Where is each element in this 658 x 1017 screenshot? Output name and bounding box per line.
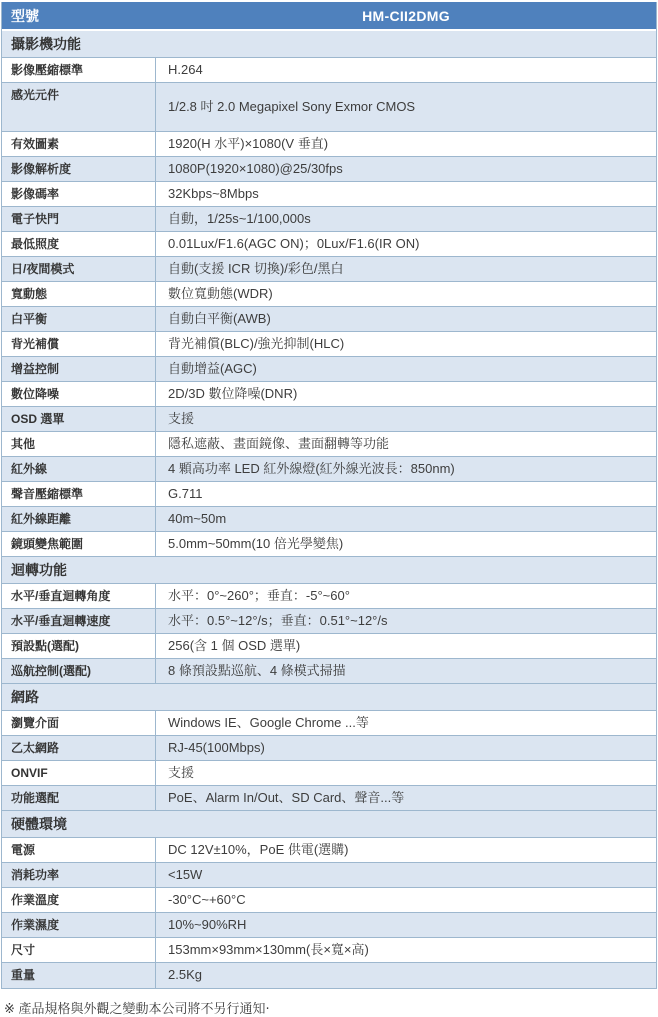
spec-label: 影像解析度 [2, 157, 156, 181]
spec-table: 型號 HM-CII2DMG 攝影機功能影像壓縮標準H.264感光元件1/2.8 … [1, 2, 657, 989]
spec-label: 增益控制 [2, 357, 156, 381]
spec-label: 巡航控制(選配) [2, 659, 156, 683]
spec-value: 2.5Kg [156, 963, 656, 988]
spec-label: 重量 [2, 963, 156, 988]
spec-label: 電子快門 [2, 207, 156, 231]
spec-value: 1920(H 水平)×1080(V 垂直) [156, 132, 656, 156]
spec-row: ONVIF支援 [2, 761, 656, 786]
spec-label: 感光元件 [2, 83, 156, 131]
spec-label: 水平/垂直迴轉速度 [2, 609, 156, 633]
spec-row: 背光補償背光補償(BLC)/強光抑制(HLC) [2, 332, 656, 357]
spec-label: 背光補償 [2, 332, 156, 356]
footnote: ※ 產品規格與外觀之變動本公司將不另行通知‧ [0, 989, 658, 1017]
spec-row: 預設點(選配)256(含 1 個 OSD 選單) [2, 634, 656, 659]
spec-value: 數位寬動態(WDR) [156, 282, 656, 306]
spec-row: 水平/垂直迴轉角度水平：0°~260°；垂直：-5°~60° [2, 584, 656, 609]
spec-value: H.264 [156, 58, 656, 82]
spec-label: 影像壓縮標準 [2, 58, 156, 82]
spec-value: 自動白平衡(AWB) [156, 307, 656, 331]
spec-value: 256(含 1 個 OSD 選單) [156, 634, 656, 658]
spec-value: 0.01Lux/F1.6(AGC ON)；0Lux/F1.6(IR ON) [156, 232, 656, 256]
spec-value: 自動(支援 ICR 切換)/彩色/黑白 [156, 257, 656, 281]
spec-label: 乙太網路 [2, 736, 156, 760]
table-header-row: 型號 HM-CII2DMG [2, 2, 656, 31]
spec-value: 水平：0°~260°；垂直：-5°~60° [156, 584, 656, 608]
spec-value: <15W [156, 863, 656, 887]
spec-value: 1080P(1920×1080)@25/30fps [156, 157, 656, 181]
spec-label: 影像碼率 [2, 182, 156, 206]
spec-row: 日/夜間模式自動(支援 ICR 切換)/彩色/黑白 [2, 257, 656, 282]
spec-label: ONVIF [2, 761, 156, 785]
spec-row: 巡航控制(選配)8 條預設點巡航、4 條模式掃描 [2, 659, 656, 684]
spec-row: 瀏覽介面Windows IE、Google Chrome ...等 [2, 711, 656, 736]
spec-label: 寬動態 [2, 282, 156, 306]
spec-row: 消耗功率<15W [2, 863, 656, 888]
spec-label: 水平/垂直迴轉角度 [2, 584, 156, 608]
spec-label: 功能選配 [2, 786, 156, 810]
spec-row: 影像壓縮標準H.264 [2, 58, 656, 83]
model-label: 型號 [2, 6, 156, 26]
spec-value: 10%~90%RH [156, 913, 656, 937]
section-header: 迴轉功能 [2, 557, 656, 584]
spec-label: 瀏覽介面 [2, 711, 156, 735]
spec-label: 紅外線距離 [2, 507, 156, 531]
spec-value: 支援 [156, 761, 656, 785]
spec-label: 作業溫度 [2, 888, 156, 912]
spec-value: 自動增益(AGC) [156, 357, 656, 381]
section-title: 攝影機功能 [11, 34, 81, 54]
spec-value: 水平：0.5°~12°/s；垂直：0.51°~12°/s [156, 609, 656, 633]
spec-label: 尺寸 [2, 938, 156, 962]
spec-label: 消耗功率 [2, 863, 156, 887]
spec-label: 紅外線 [2, 457, 156, 481]
spec-row: 寬動態數位寬動態(WDR) [2, 282, 656, 307]
spec-value: 2D/3D 數位降噪(DNR) [156, 382, 656, 406]
spec-label: 其他 [2, 432, 156, 456]
spec-value: RJ-45(100Mbps) [156, 736, 656, 760]
spec-value: DC 12V±10%，PoE 供電(選購) [156, 838, 656, 862]
spec-row: 電子快門自動，1/25s~1/100,000s [2, 207, 656, 232]
spec-label: OSD 選單 [2, 407, 156, 431]
spec-row: 其他隱私遮蔽、畫面鏡像、畫面翻轉等功能 [2, 432, 656, 457]
spec-label: 鏡頭變焦範圍 [2, 532, 156, 556]
spec-row: 水平/垂直迴轉速度水平：0.5°~12°/s；垂直：0.51°~12°/s [2, 609, 656, 634]
spec-row: 白平衡自動白平衡(AWB) [2, 307, 656, 332]
spec-row: OSD 選單支援 [2, 407, 656, 432]
spec-label: 預設點(選配) [2, 634, 156, 658]
spec-row: 影像解析度1080P(1920×1080)@25/30fps [2, 157, 656, 182]
spec-row: 影像碼率32Kbps~8Mbps [2, 182, 656, 207]
spec-label: 最低照度 [2, 232, 156, 256]
spec-row: 作業濕度10%~90%RH [2, 913, 656, 938]
spec-row: 紅外線4 顆高功率 LED 紅外線燈(紅外線光波長：850nm) [2, 457, 656, 482]
model-number: HM-CII2DMG [156, 8, 656, 24]
spec-row: 重量2.5Kg [2, 963, 656, 988]
spec-row: 感光元件1/2.8 吋 2.0 Megapixel Sony Exmor CMO… [2, 83, 656, 132]
spec-label: 數位降噪 [2, 382, 156, 406]
spec-label: 聲音壓縮標準 [2, 482, 156, 506]
spec-value: 自動，1/25s~1/100,000s [156, 207, 656, 231]
spec-value: 1/2.8 吋 2.0 Megapixel Sony Exmor CMOS [156, 83, 656, 131]
spec-value: 32Kbps~8Mbps [156, 182, 656, 206]
section-header: 硬體環境 [2, 811, 656, 838]
section-header: 攝影機功能 [2, 31, 656, 58]
spec-value: 支援 [156, 407, 656, 431]
spec-row: 功能選配PoE、Alarm In/Out、SD Card、聲音...等 [2, 786, 656, 811]
spec-row: 有效圖素1920(H 水平)×1080(V 垂直) [2, 132, 656, 157]
spec-row: 鏡頭變焦範圍5.0mm~50mm(10 倍光學變焦) [2, 532, 656, 557]
spec-value: PoE、Alarm In/Out、SD Card、聲音...等 [156, 786, 656, 810]
spec-value: 5.0mm~50mm(10 倍光學變焦) [156, 532, 656, 556]
spec-value: 4 顆高功率 LED 紅外線燈(紅外線光波長：850nm) [156, 457, 656, 481]
spec-value: 隱私遮蔽、畫面鏡像、畫面翻轉等功能 [156, 432, 656, 456]
spec-value: 153mm×93mm×130mm(長×寬×高) [156, 938, 656, 962]
spec-value: Windows IE、Google Chrome ...等 [156, 711, 656, 735]
section-header: 網路 [2, 684, 656, 711]
section-title: 網路 [11, 687, 39, 707]
spec-label: 電源 [2, 838, 156, 862]
spec-value: 40m~50m [156, 507, 656, 531]
spec-row: 電源DC 12V±10%，PoE 供電(選購) [2, 838, 656, 863]
spec-label: 有效圖素 [2, 132, 156, 156]
spec-row: 數位降噪2D/3D 數位降噪(DNR) [2, 382, 656, 407]
section-title: 硬體環境 [11, 814, 67, 834]
spec-row: 最低照度0.01Lux/F1.6(AGC ON)；0Lux/F1.6(IR ON… [2, 232, 656, 257]
spec-row: 紅外線距離40m~50m [2, 507, 656, 532]
section-title: 迴轉功能 [11, 560, 67, 580]
spec-label: 白平衡 [2, 307, 156, 331]
spec-label: 作業濕度 [2, 913, 156, 937]
spec-value: 8 條預設點巡航、4 條模式掃描 [156, 659, 656, 683]
spec-value: -30°C~+60°C [156, 888, 656, 912]
spec-row: 乙太網路RJ-45(100Mbps) [2, 736, 656, 761]
spec-row: 聲音壓縮標準G.711 [2, 482, 656, 507]
spec-row: 增益控制自動增益(AGC) [2, 357, 656, 382]
spec-row: 作業溫度-30°C~+60°C [2, 888, 656, 913]
spec-label: 日/夜間模式 [2, 257, 156, 281]
spec-row: 尺寸153mm×93mm×130mm(長×寬×高) [2, 938, 656, 963]
spec-value: 背光補償(BLC)/強光抑制(HLC) [156, 332, 656, 356]
table-rows: 攝影機功能影像壓縮標準H.264感光元件1/2.8 吋 2.0 Megapixe… [2, 31, 656, 988]
spec-value: G.711 [156, 482, 656, 506]
